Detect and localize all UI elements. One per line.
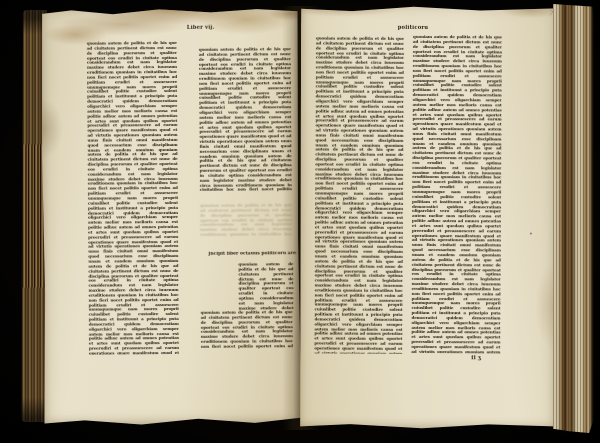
show-through-text: quoniam autem de politia et de his que a…	[200, 203, 292, 238]
fore-edge-page-stack	[553, 4, 594, 433]
ink-speck	[530, 233, 532, 235]
left-column-2-indented-block: quoniam autem de politia et de his que a…	[238, 262, 293, 309]
left-page: Liber vij. quoniam autem de politia et d…	[41, 7, 302, 427]
left-column-2-lower-text: quoniam autem de politia et de his que a…	[201, 310, 293, 349]
pencil-foliation-mark: 7	[548, 10, 553, 18]
photo-of-open-incunabulum: Liber vij. quoniam autem de politia et d…	[0, 0, 600, 443]
running-header-left: Liber vij.	[169, 25, 233, 31]
quire-signature-mark: ſſ ʒ	[471, 355, 481, 361]
running-header-right: politicorū	[381, 25, 445, 31]
right-page: politicorū quoniam autem de politia et d…	[299, 5, 557, 430]
right-column-2-text: quoniam autem de politia et de his que a…	[411, 35, 502, 353]
left-column-1-text: quoniam autem de politia et de his que a…	[87, 41, 179, 355]
left-column-2-upper-text: quoniam autem de politia et de his que a…	[199, 47, 292, 193]
right-column-1-text: quoniam autem de politia et de his que a…	[314, 36, 404, 353]
incipit-heading: Jncipit liber octauus politicorū arestot…	[208, 251, 296, 257]
